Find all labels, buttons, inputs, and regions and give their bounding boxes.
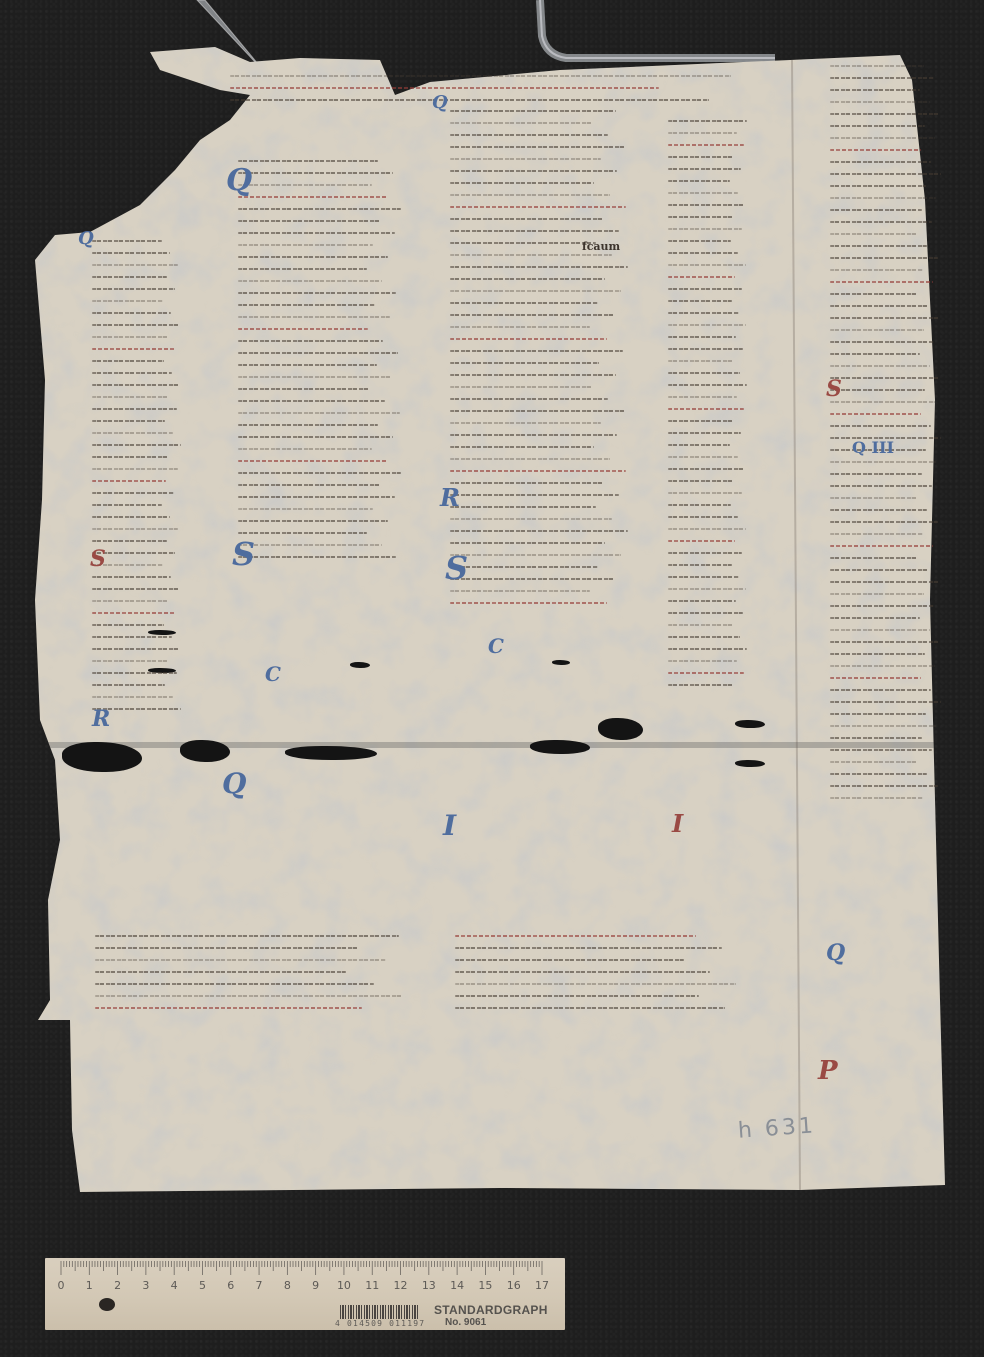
script-line (450, 290, 621, 292)
script-line (830, 509, 927, 511)
script-line (830, 209, 922, 211)
script-line (238, 220, 380, 222)
script-line (92, 288, 175, 290)
script-line (830, 629, 930, 631)
script-line (450, 278, 605, 280)
script-line (668, 432, 741, 434)
script-line (668, 564, 732, 566)
script-line (92, 384, 180, 386)
initial-q: Q (222, 770, 246, 798)
script-line (668, 624, 733, 626)
script-line (830, 473, 922, 475)
script-line (668, 396, 737, 398)
barcode-number: 4 014509 011197 (335, 1319, 425, 1328)
script-line (238, 364, 377, 366)
script-line (92, 684, 165, 686)
script-line (238, 412, 400, 414)
script-line (830, 461, 936, 463)
script-line (450, 338, 607, 340)
script-line (830, 281, 933, 283)
script-line (668, 144, 744, 146)
script-line (830, 65, 924, 67)
script-line (668, 288, 742, 290)
script-line (450, 458, 610, 460)
initial-r: R (92, 708, 110, 730)
initial-s: S (232, 538, 255, 570)
script-line (830, 101, 930, 103)
script-line (450, 302, 598, 304)
ruler-number: 8 (284, 1279, 291, 1292)
script-line (668, 120, 747, 122)
script-line (668, 672, 744, 674)
script-line (92, 312, 171, 314)
script-line (450, 530, 628, 532)
script-line (92, 372, 172, 374)
ruler-number: 11 (365, 1279, 379, 1292)
script-line (238, 172, 393, 174)
script-line (830, 425, 931, 427)
script-line (455, 959, 684, 961)
section-heading: Q III (852, 440, 894, 456)
script-line (450, 482, 603, 484)
ruler-number: 0 (58, 1279, 65, 1292)
script-line (450, 506, 596, 508)
script-line (668, 468, 745, 470)
script-line (830, 89, 920, 91)
script-line (95, 983, 374, 985)
script-line (450, 194, 610, 196)
script-line (830, 125, 925, 127)
initial-s: S (826, 378, 842, 400)
script-line (92, 528, 178, 530)
script-line (238, 460, 387, 462)
script-line (830, 77, 934, 79)
script-line (668, 360, 733, 362)
script-line (668, 636, 740, 638)
script-line (455, 983, 736, 985)
script-line (238, 496, 395, 498)
script-line (830, 401, 935, 403)
ruler-ticks (59, 1258, 549, 1278)
tear-hole (180, 740, 230, 762)
script-line (92, 612, 176, 614)
script-line (830, 725, 936, 727)
script-line (668, 348, 743, 350)
script-line (830, 221, 932, 223)
script-line (830, 245, 927, 247)
script-line (238, 484, 380, 486)
measurement-ruler: 01234567891011121314151617 4 014509 0111… (45, 1258, 565, 1330)
script-line (830, 353, 920, 355)
initial-p: P (818, 1058, 838, 1084)
script-line (92, 636, 172, 638)
script-line (95, 959, 386, 961)
lower-text-block-right (455, 935, 745, 1020)
text-column-d (668, 120, 748, 910)
script-line (92, 408, 177, 410)
script-line (830, 413, 921, 415)
script-line (668, 228, 742, 230)
script-line (92, 336, 168, 338)
ruler-number: 2 (114, 1279, 121, 1292)
manuscript-leaf: Q Q Q S S R R C C Q I S I P S Q Q III fc… (0, 0, 984, 1240)
lower-text-block-left (95, 935, 405, 1020)
script-line (668, 648, 747, 650)
script-line (830, 773, 927, 775)
script-line (668, 528, 746, 530)
script-line (830, 677, 921, 679)
script-line (455, 971, 710, 973)
script-line (92, 576, 171, 578)
script-line (450, 314, 614, 316)
script-line (238, 352, 398, 354)
script-line (830, 785, 938, 787)
script-line (830, 329, 924, 331)
ruler-number: 10 (337, 1279, 351, 1292)
script-line (92, 324, 179, 326)
script-line (668, 456, 738, 458)
script-line (95, 935, 399, 937)
script-line (830, 617, 920, 619)
script-line (668, 384, 747, 386)
ruler-number: 1 (86, 1279, 93, 1292)
script-line (92, 348, 176, 350)
ruler-hole (99, 1298, 115, 1311)
script-line (830, 533, 923, 535)
script-line (238, 448, 372, 450)
script-line (455, 935, 696, 937)
text-column-c (450, 110, 630, 870)
script-line (830, 365, 930, 367)
script-line (238, 184, 372, 186)
script-line (830, 797, 923, 799)
script-line (238, 556, 396, 558)
ruler-number: 9 (312, 1279, 319, 1292)
script-line (455, 995, 699, 997)
script-line (238, 472, 401, 474)
script-line (238, 520, 388, 522)
script-line (238, 388, 370, 390)
script-line (238, 436, 393, 438)
script-line (668, 204, 745, 206)
script-line (830, 701, 941, 703)
script-line (668, 444, 730, 446)
script-line (668, 576, 739, 578)
script-line (450, 254, 612, 256)
script-line (450, 422, 601, 424)
script-line (830, 569, 929, 571)
ruler-number: 12 (394, 1279, 408, 1292)
script-line (450, 146, 625, 148)
script-line (450, 266, 628, 268)
legible-word: fcaum (582, 240, 620, 253)
script-line (830, 317, 939, 319)
script-line (92, 456, 169, 458)
script-line (830, 113, 940, 115)
script-line (668, 156, 734, 158)
script-line (668, 264, 746, 266)
script-line (830, 341, 934, 343)
script-line (830, 377, 940, 379)
script-line (238, 244, 373, 246)
script-line (668, 372, 740, 374)
script-line (92, 504, 162, 506)
script-line (92, 624, 164, 626)
script-line (450, 350, 623, 352)
script-line (830, 149, 921, 151)
script-line (668, 552, 742, 554)
script-line (830, 593, 924, 595)
script-line (450, 398, 608, 400)
script-line (450, 446, 594, 448)
script-line (830, 497, 917, 499)
script-line (238, 544, 382, 546)
script-line (92, 360, 164, 362)
script-line (830, 293, 918, 295)
script-line (668, 192, 738, 194)
script-line (668, 540, 735, 542)
initial-c: C (265, 664, 281, 684)
initial-s: S (90, 548, 106, 570)
script-line (668, 324, 746, 326)
script-line (92, 600, 168, 602)
script-line (450, 170, 617, 172)
script-line (668, 480, 734, 482)
script-line (450, 602, 607, 604)
script-line (455, 1007, 725, 1009)
script-line (238, 280, 382, 282)
script-line (668, 504, 731, 506)
script-line (668, 300, 732, 302)
script-line (830, 605, 934, 607)
script-line (830, 557, 918, 559)
script-line (92, 240, 162, 242)
script-line (668, 216, 734, 218)
initial-q: Q (78, 230, 94, 248)
script-line (830, 305, 929, 307)
script-line (238, 304, 375, 306)
script-line (450, 134, 608, 136)
ruler-number: 3 (142, 1279, 149, 1292)
script-line (238, 316, 390, 318)
script-line (830, 269, 923, 271)
script-line (230, 75, 731, 77)
script-line (830, 545, 933, 547)
script-line (450, 578, 614, 580)
script-line (92, 396, 169, 398)
script-line (450, 326, 590, 328)
script-line (238, 232, 395, 234)
script-line (450, 242, 596, 244)
script-line (95, 995, 402, 997)
script-line (230, 87, 659, 89)
script-line (830, 761, 917, 763)
script-line (95, 947, 359, 949)
header-text (230, 75, 780, 115)
script-line (668, 252, 738, 254)
script-line (230, 99, 709, 101)
script-line (830, 641, 940, 643)
script-line (238, 376, 391, 378)
script-line (92, 264, 178, 266)
script-line (238, 292, 396, 294)
script-line (830, 257, 938, 259)
ruler-number: 5 (199, 1279, 206, 1292)
script-line (668, 408, 744, 410)
script-line (668, 240, 731, 242)
script-line (668, 168, 741, 170)
script-line (450, 362, 599, 364)
script-line (238, 340, 383, 342)
script-line (92, 444, 181, 446)
script-line (450, 566, 598, 568)
ruler-number: 4 (171, 1279, 178, 1292)
script-line (450, 230, 619, 232)
script-line (830, 185, 926, 187)
script-line (450, 542, 605, 544)
script-line (238, 424, 378, 426)
script-line (830, 161, 931, 163)
initial-c: C (488, 636, 504, 656)
script-line (92, 588, 179, 590)
script-line (830, 689, 931, 691)
ruler-number: 14 (450, 1279, 464, 1292)
script-line (238, 532, 367, 534)
script-line (668, 612, 743, 614)
script-line (668, 276, 735, 278)
script-line (830, 137, 935, 139)
script-line (830, 737, 922, 739)
script-line (238, 400, 385, 402)
text-column-e (830, 65, 942, 1145)
script-line (450, 122, 592, 124)
script-line (450, 218, 603, 220)
script-line (92, 648, 180, 650)
script-line (92, 276, 167, 278)
script-line (450, 182, 594, 184)
script-line (830, 581, 939, 583)
script-line (668, 132, 737, 134)
script-line (92, 516, 170, 518)
ruler-number: 15 (478, 1279, 492, 1292)
script-line (238, 208, 401, 210)
script-line (450, 206, 626, 208)
initial-q: Q (826, 942, 845, 964)
script-line (668, 492, 742, 494)
script-line (95, 1007, 362, 1009)
barcode (340, 1305, 420, 1319)
script-line (450, 518, 612, 520)
text-column-b (238, 160, 403, 880)
script-line (450, 494, 619, 496)
script-line (238, 328, 368, 330)
script-line (668, 588, 746, 590)
script-line (668, 312, 739, 314)
script-line (92, 468, 178, 470)
initial-r: R (440, 486, 460, 510)
script-line (830, 173, 941, 175)
script-line (92, 432, 173, 434)
script-line (238, 256, 388, 258)
script-line (830, 521, 938, 523)
script-line (668, 516, 738, 518)
script-line (830, 485, 932, 487)
script-line (450, 590, 590, 592)
script-line (668, 180, 730, 182)
script-line (668, 660, 737, 662)
ruler-number: 7 (256, 1279, 263, 1292)
script-line (668, 336, 736, 338)
script-line (92, 480, 166, 482)
ruler-number: 17 (535, 1279, 549, 1292)
script-line (92, 672, 177, 674)
ruler-model: No. 9061 (445, 1317, 486, 1328)
ruler-number: 13 (422, 1279, 436, 1292)
script-line (830, 665, 935, 667)
script-line (450, 470, 626, 472)
script-line (450, 434, 617, 436)
script-line (92, 252, 170, 254)
script-line (830, 713, 926, 715)
ruler-brand: STANDARDGRAPH (434, 1303, 548, 1317)
script-line (450, 410, 625, 412)
script-line (92, 540, 167, 542)
script-line (92, 420, 165, 422)
script-line (668, 600, 736, 602)
script-line (668, 684, 734, 686)
script-line (455, 947, 722, 949)
initial-q: Q (432, 94, 448, 112)
script-line (92, 492, 174, 494)
script-line (450, 374, 616, 376)
script-line (95, 971, 346, 973)
script-line (668, 420, 734, 422)
script-line (830, 197, 936, 199)
script-line (92, 660, 169, 662)
script-line (450, 554, 621, 556)
script-line (830, 233, 917, 235)
script-line (238, 196, 387, 198)
script-line (92, 300, 163, 302)
script-line (830, 653, 925, 655)
ruler-number: 6 (227, 1279, 234, 1292)
ruler-number: 16 (507, 1279, 521, 1292)
initial-i: I (443, 812, 456, 840)
initial-q: Q (226, 166, 252, 196)
script-line (450, 386, 592, 388)
text-column-a (92, 240, 182, 920)
script-line (92, 696, 173, 698)
script-line (238, 268, 367, 270)
script-line (450, 158, 601, 160)
script-line (830, 389, 925, 391)
script-line (830, 749, 932, 751)
initial-s: S (445, 552, 468, 584)
script-line (238, 508, 373, 510)
initial-i: I (672, 812, 683, 836)
script-line (238, 160, 378, 162)
